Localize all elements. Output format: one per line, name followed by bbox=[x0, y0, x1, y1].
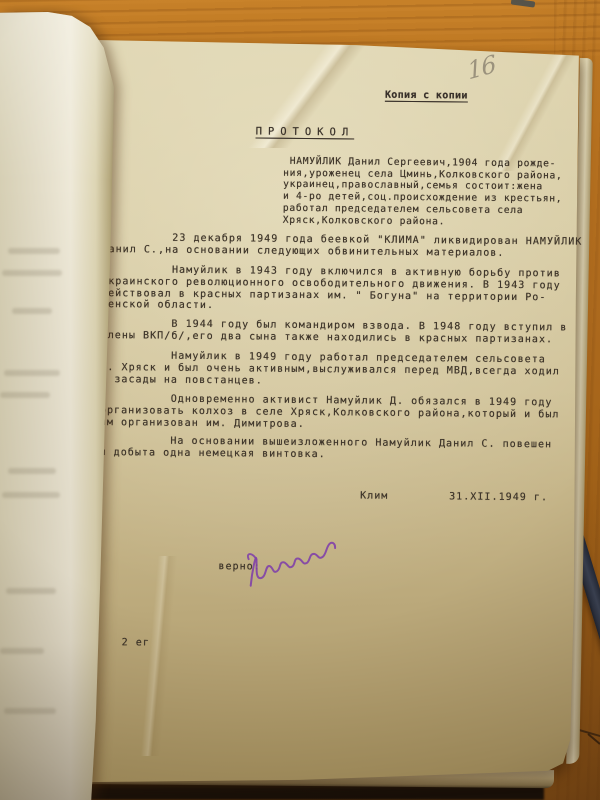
text-bleed-through bbox=[6, 588, 56, 594]
text-bleed-through bbox=[2, 492, 60, 498]
text-bleed-through bbox=[8, 468, 56, 474]
previous-page-surface bbox=[0, 8, 114, 800]
text-bleed-through bbox=[4, 708, 56, 714]
document-page bbox=[75, 36, 585, 792]
text-bleed-through bbox=[0, 392, 50, 398]
paper-surface bbox=[75, 36, 585, 792]
text-bleed-through bbox=[0, 648, 44, 654]
previous-page-curl bbox=[0, 8, 114, 800]
paper-crease bbox=[485, 51, 580, 171]
text-bleed-through bbox=[2, 270, 62, 276]
text-bleed-through bbox=[4, 370, 60, 376]
paper-crease bbox=[190, 38, 420, 148]
text-bleed-through bbox=[12, 308, 52, 314]
text-bleed-through bbox=[8, 248, 60, 254]
